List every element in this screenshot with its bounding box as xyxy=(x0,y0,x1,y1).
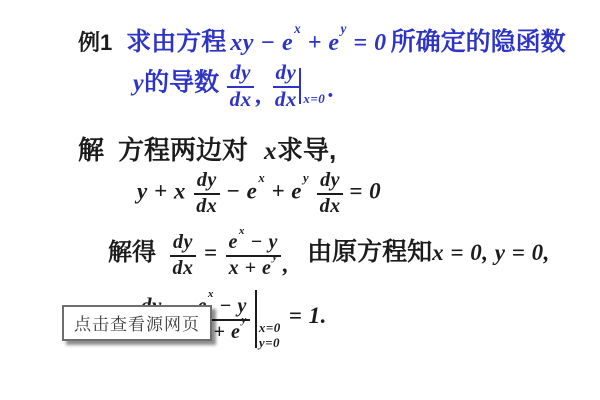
period: . xyxy=(328,77,335,103)
fraction-dy-dx: dydx xyxy=(317,170,343,217)
denominator: dx xyxy=(273,88,300,111)
slide-image: 例1求由方程xy − ex + ey = 0所确定的隐函数 y的导数dydx,d… xyxy=(0,0,600,400)
evaluation-bar xyxy=(255,290,257,348)
x-variable: x xyxy=(264,138,277,165)
view-source-page-tooltip[interactable]: 点击查看源网页 xyxy=(62,305,212,341)
math-fragment: = 0 xyxy=(343,179,381,204)
math-fragment: − e xyxy=(220,179,258,204)
derivative-text: 的导数 xyxy=(144,69,219,97)
numerator: dy xyxy=(273,62,300,88)
math-fragment: xy − e xyxy=(230,30,293,56)
numerator: dy xyxy=(227,62,254,88)
solve-text-1: 方程两边对 xyxy=(118,135,248,165)
problem-text-before-math: 求由方程 xyxy=(126,28,226,56)
final-result: = 1. xyxy=(289,303,327,328)
exponent-x: x xyxy=(294,21,301,36)
differentiated-equation: y + xdydx − ex + eydydx = 0 xyxy=(137,170,381,217)
denominator: dx xyxy=(194,195,220,217)
fraction-result: ex − yx + ey xyxy=(226,232,281,279)
fraction-dy-dx: dydx xyxy=(227,62,254,111)
math-fragment: + e xyxy=(265,179,302,204)
initial-condition: x = 0, y = 0, xyxy=(432,240,550,265)
solve-text-2: 求导, xyxy=(277,135,336,165)
original-equation-text: 由原方程知 xyxy=(307,238,432,266)
solution-intro: 解方程两边对x求导, xyxy=(78,130,336,167)
math-fragment: e xyxy=(229,231,238,253)
numerator: dy xyxy=(317,170,343,195)
problem-line-2: y的导数dydx,dydxx=0. xyxy=(133,62,335,111)
problem-text-after-math: 所确定的隐函数 xyxy=(391,28,566,56)
math-fragment: x + e xyxy=(229,257,272,279)
problem-line-1: 例1求由方程xy − ex + ey = 0所确定的隐函数 xyxy=(78,22,566,58)
y-variable: y xyxy=(133,71,144,97)
example-label: 例1 xyxy=(78,30,112,55)
exponent-y: y xyxy=(341,21,347,36)
given-equation: xy − ex + ey = 0 xyxy=(230,30,386,56)
math-fragment: = 0 xyxy=(347,30,387,56)
solved-derivative-line: 解得dydx=ex − yx + ey,由原方程知x = 0, y = 0, xyxy=(108,232,550,279)
denominator: dx xyxy=(227,88,254,111)
math-fragment: y + x xyxy=(137,179,186,204)
evaluation-subscripts: x=0y=0 xyxy=(259,321,281,351)
numerator: dy xyxy=(194,170,220,195)
fraction-dy-dx: dydx xyxy=(170,232,196,279)
fraction-dy-dx: dydx xyxy=(194,170,220,217)
denominator: dx xyxy=(170,257,196,279)
comma: , xyxy=(283,252,289,277)
exponent-x: x xyxy=(208,288,214,300)
fraction-dy-dx: dydx xyxy=(273,62,300,111)
evaluation-bar xyxy=(299,68,301,104)
comma: , xyxy=(256,83,263,109)
exponent-y: y xyxy=(241,314,246,326)
exponent-y: y xyxy=(272,251,277,263)
subscript-y0: y=0 xyxy=(259,336,281,351)
exponent-y: y xyxy=(303,171,309,185)
solve-label: 解 xyxy=(78,135,104,165)
evaluation-subscript: x=0 xyxy=(303,91,325,106)
evaluation-at-point: x=0y=0 xyxy=(255,290,281,348)
exponent-x: x xyxy=(239,225,245,237)
denominator: dx xyxy=(317,195,343,217)
exponent-x: x xyxy=(258,171,265,185)
math-fragment: + e xyxy=(301,30,339,56)
subscript-x0: x=0 xyxy=(259,321,281,336)
numerator: dy xyxy=(170,232,196,257)
denominator: x + ey xyxy=(226,257,281,279)
equals-sign: = xyxy=(204,240,218,265)
solved-label: 解得 xyxy=(108,239,156,266)
